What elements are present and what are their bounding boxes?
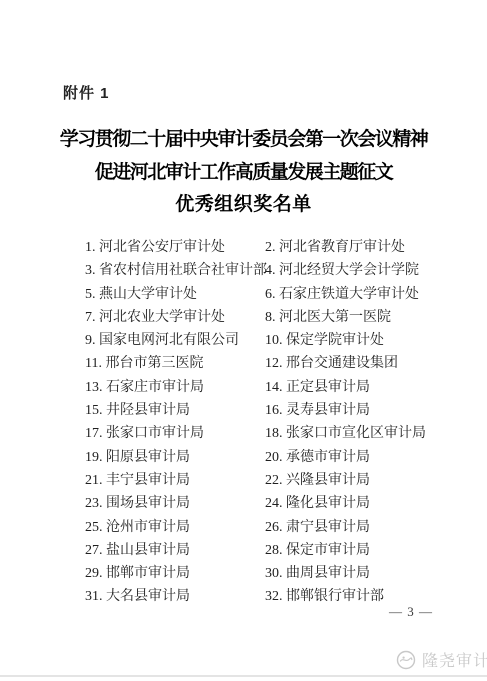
list-item: 3. 省农村信用社联合社审计部 <box>85 259 265 282</box>
attachment-label: 附件 1 <box>63 82 110 103</box>
list-item: 23. 围场县审计局 <box>85 492 265 515</box>
list-item: 29. 邯郸市审计局 <box>85 562 265 585</box>
bottom-divider <box>0 675 487 677</box>
list-item: 12. 邢台交通建设集团 <box>265 352 455 375</box>
title-line-1: 学习贯彻二十届中央审计委员会第一次会议精神 <box>0 124 487 157</box>
list-item: 5. 燕山大学审计处 <box>85 283 265 306</box>
list-item: 2. 河北省教育厅审计处 <box>265 236 455 259</box>
title-line-3: 优秀组织奖名单 <box>0 189 487 222</box>
list-item: 16. 灵寿县审计局 <box>265 399 455 422</box>
list-item: 27. 盐山县审计局 <box>85 539 265 562</box>
list-item: 8. 河北医大第一医院 <box>265 306 455 329</box>
document-title: 学习贯彻二十届中央审计委员会第一次会议精神 促进河北审计工作高质量发展主题征文 … <box>0 124 487 222</box>
list-item: 11. 邢台市第三医院 <box>85 352 265 375</box>
list-item: 7. 河北农业大学审计处 <box>85 306 265 329</box>
list-item: 13. 石家庄市审计局 <box>85 376 265 399</box>
list-item: 9. 国家电网河北有限公司 <box>85 329 265 352</box>
round-emblem-logo-icon <box>396 650 416 670</box>
list-item: 20. 承德市审计局 <box>265 446 455 469</box>
page-number: — 3 — <box>389 604 433 620</box>
footer-brand: 隆尧审计 <box>396 648 487 671</box>
list-item: 14. 正定县审计局 <box>265 376 455 399</box>
list-item: 1. 河北省公安厅审计处 <box>85 236 265 259</box>
list-item: 17. 张家口市审计局 <box>85 422 265 445</box>
footer-account-name: 隆尧审计 <box>422 648 487 671</box>
list-item: 24. 隆化县审计局 <box>265 492 455 515</box>
award-list: 1. 河北省公安厅审计处2. 河北省教育厅审计处3. 省农村信用社联合社审计部4… <box>85 236 455 609</box>
list-item: 21. 丰宁县审计局 <box>85 469 265 492</box>
list-item: 31. 大名县审计局 <box>85 585 265 608</box>
list-item: 6. 石家庄铁道大学审计处 <box>265 283 455 306</box>
list-item: 25. 沧州市审计局 <box>85 516 265 539</box>
document-page: 附件 1 学习贯彻二十届中央审计委员会第一次会议精神 促进河北审计工作高质量发展… <box>0 0 487 681</box>
list-item: 26. 肃宁县审计局 <box>265 516 455 539</box>
list-item: 15. 井陉县审计局 <box>85 399 265 422</box>
list-item: 18. 张家口市宣化区审计局 <box>265 422 455 445</box>
title-line-2: 促进河北审计工作高质量发展主题征文 <box>0 157 487 190</box>
list-item: 22. 兴隆县审计局 <box>265 469 455 492</box>
list-item: 28. 保定市审计局 <box>265 539 455 562</box>
list-item: 10. 保定学院审计处 <box>265 329 455 352</box>
list-item: 19. 阳原县审计局 <box>85 446 265 469</box>
list-item: 30. 曲周县审计局 <box>265 562 455 585</box>
list-item: 4. 河北经贸大学会计学院 <box>265 259 455 282</box>
